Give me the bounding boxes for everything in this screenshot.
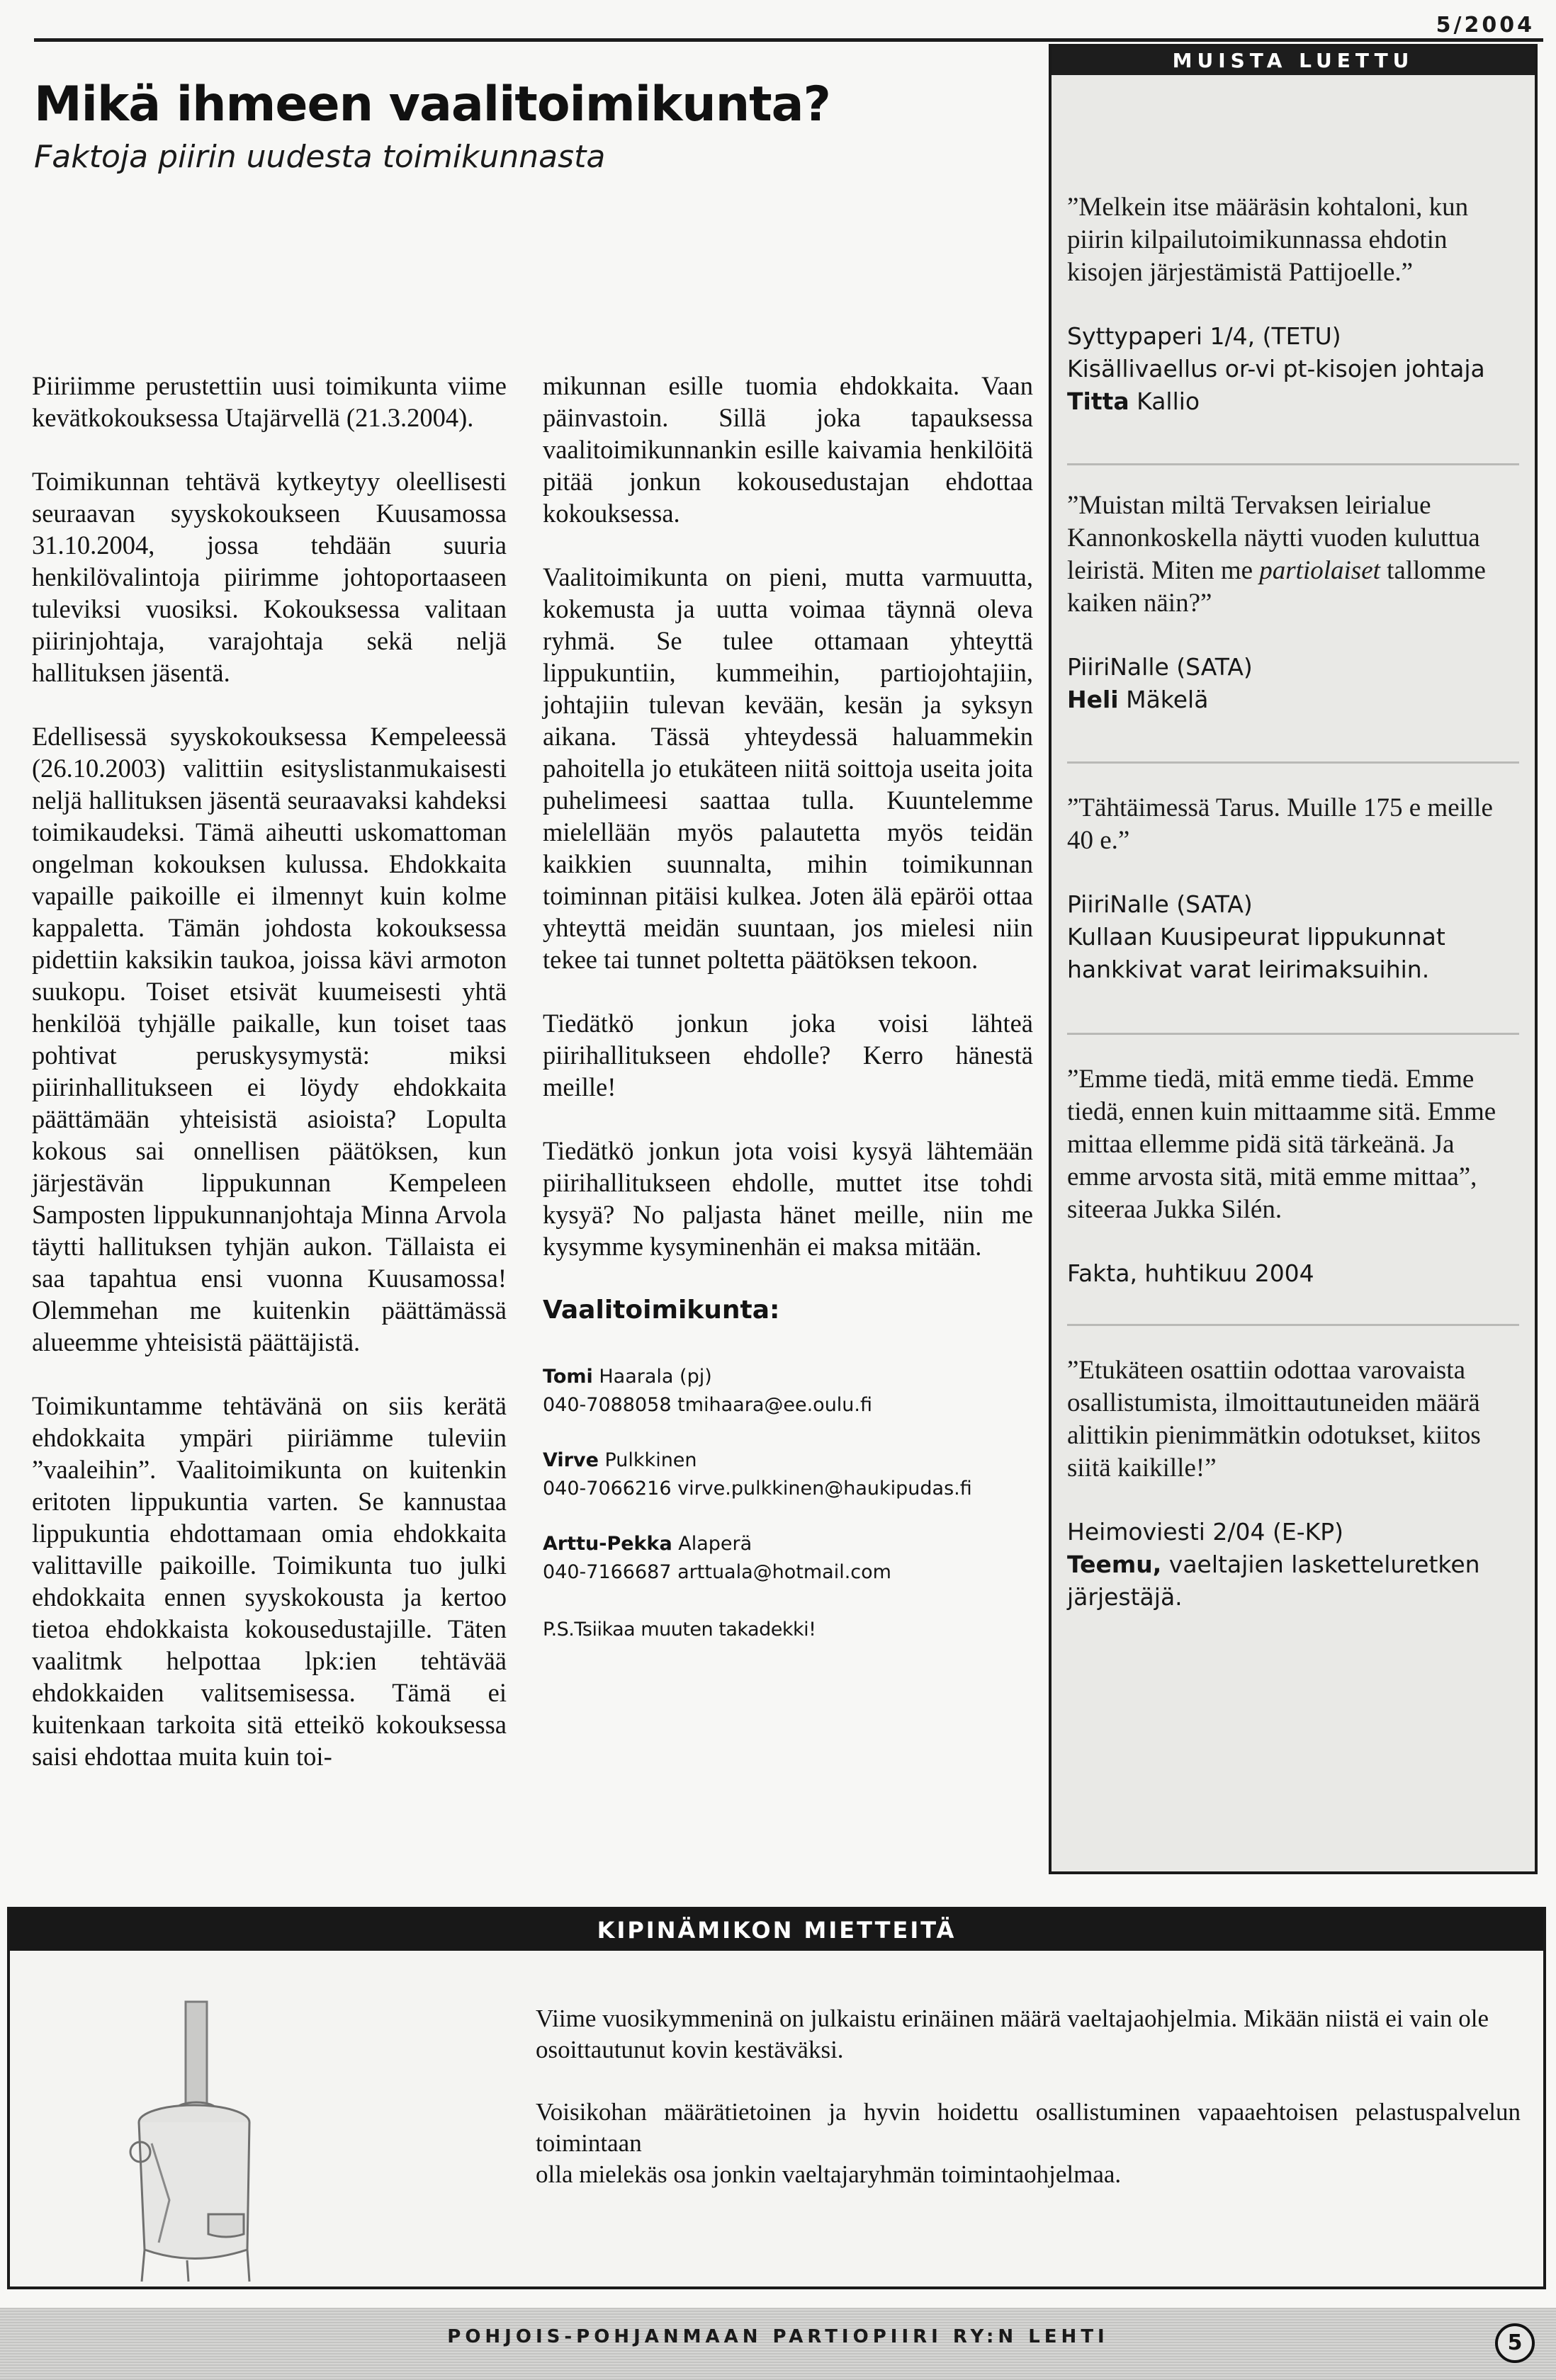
committee-heading: Vaalitoimikunta: — [543, 1294, 1033, 1326]
text-line: Voisikohan määrätietoinen ja hyvin hoide… — [536, 2097, 1521, 2159]
quote-source: PiiriNalle (SATA) Kullaan Kuusipeurat li… — [1067, 888, 1518, 986]
committee-member: Virve Pulkkinen 040-7066216 virve.pulkki… — [543, 1446, 1033, 1503]
page-number: 5 — [1495, 2323, 1535, 2363]
committee-member: Tomi Haarala (pj) 040-7088058 tmihaara@e… — [543, 1363, 1033, 1419]
quote-text: ”Melkein itse määräsin kohtaloni, kun pi… — [1067, 191, 1518, 289]
quote-block: ”Muistan miltä Tervaksen leirialue Kanno… — [1052, 465, 1535, 761]
paragraph: Tiedätkö jonkun joka voisi lähteä piirih… — [543, 1007, 1033, 1103]
quote-block: ”Etukäteen osattiin odottaa varovaista o… — [1052, 1326, 1535, 1614]
paragraph: Viime vuosikymmeninä on julkaistu erinäi… — [536, 2003, 1528, 2065]
paragraph: Tiedätkö jonkun jota voisi kysyä lähtemä… — [543, 1135, 1033, 1262]
issue-number: 5/2004 — [1436, 13, 1535, 38]
source-publication: PiiriNalle (SATA) — [1067, 888, 1518, 921]
source-name-bold: Titta — [1067, 387, 1129, 415]
quote-source: Syttypaperi 1/4, (TETU) Kisällivaellus o… — [1067, 320, 1518, 418]
quote-text: ”Tähtäimessä Tarus. Muille 175 e meille … — [1067, 792, 1518, 857]
kipinamikko-text: Viime vuosikymmeninä on julkaistu erinäi… — [536, 2003, 1528, 2221]
source-name-bold: Heli — [1067, 686, 1119, 713]
quote-text: ”Muistan miltä Tervaksen leirialue Kanno… — [1067, 489, 1518, 620]
member-email[interactable]: arttuala@hotmail.com — [677, 1561, 891, 1583]
source-name-bold: Teemu, — [1067, 1551, 1161, 1578]
publication-name: POHJOIS-POHJANMAAN PARTIOPIIRI RY:N LEHT… — [0, 2326, 1556, 2347]
text-line: olla mielekäs osa jonkin vaeltajaryhmän … — [536, 2160, 1121, 2188]
member-first-name: Virve — [543, 1449, 599, 1471]
text-line: Viime vuosikymmeninä on julkaistu erinäi… — [536, 2005, 1489, 2032]
quote-block: ”Tähtäimessä Tarus. Muille 175 e meille … — [1052, 764, 1535, 1033]
member-email[interactable]: tmihaara@ee.oulu.fi — [677, 1394, 872, 1416]
member-first-name: Tomi — [543, 1366, 593, 1388]
article-title: Mikä ihmeen vaalitoimikunta? — [34, 76, 830, 132]
quote-source: PiiriNalle (SATA) Heli Mäkelä — [1067, 651, 1518, 716]
member-last-name: Pulkkinen — [605, 1449, 697, 1471]
postscript: P.S.Tsiikaa muuten takadekki! — [543, 1614, 1033, 1645]
article-subtitle: Faktoja piirin uudesta toimikunnasta — [34, 139, 605, 175]
paragraph: Voisikohan määrätietoinen ja hyvin hoide… — [536, 2097, 1528, 2190]
paragraph: Toimikuntamme tehtävänä on siis kerätä e… — [32, 1390, 507, 1772]
quote-block: ”Melkein itse määräsin kohtaloni, kun pi… — [1052, 75, 1535, 463]
paragraph: Vaalitoimikunta on pieni, mutta varmuutt… — [543, 561, 1033, 975]
quote-text: ”Etukäteen osattiin odottaa varovaista o… — [1067, 1354, 1518, 1485]
member-email[interactable]: virve.pulkkinen@haukipudas.fi — [677, 1478, 972, 1500]
member-last-name: Alaperä — [678, 1533, 752, 1555]
member-phone: 040-7166687 — [543, 1561, 672, 1583]
member-last-name: Haarala (pj) — [599, 1366, 711, 1388]
sidebar-heading: MUISTA LUETTU — [1052, 47, 1535, 75]
member-first-name: Arttu-Pekka — [543, 1533, 672, 1555]
quote-text: ”Emme tiedä, mitä emme tiedä. Emme tiedä… — [1067, 1063, 1518, 1226]
source-publication: PiiriNalle (SATA) — [1067, 651, 1518, 684]
paragraph: Edellisessä syyskokouksessa Kempeleessä … — [32, 720, 507, 1358]
paragraph: mikunnan esille tuomia ehdokkaita. Vaan … — [543, 370, 1033, 529]
article-left-column: Piiriimme perustettiin uusi toimikunta v… — [32, 370, 507, 1804]
kipinamikko-heading: KIPINÄMIKON MIETTEITÄ — [10, 1910, 1543, 1951]
member-phone: 040-7066216 — [543, 1478, 672, 1500]
kipinamikko-box: KIPINÄMIKON MIETTEITÄ Viime vuosikymmeni… — [7, 1907, 1546, 2289]
quote-text-italic: partiolaiset — [1259, 556, 1380, 585]
muista-luettu-sidebar: MUISTA LUETTU ”Melkein itse määräsin koh… — [1049, 44, 1538, 1874]
quote-source: Heimoviesti 2/04 (E-KP) Teemu, vaeltajie… — [1067, 1516, 1518, 1614]
stove-sketch-icon — [102, 1988, 286, 2285]
paragraph: Toimikunnan tehtävä kytkeytyy oleellises… — [32, 465, 507, 688]
top-rule — [34, 38, 1543, 42]
source-publication: Syttypaperi 1/4, (TETU) — [1067, 320, 1518, 353]
source-name: Mäkelä — [1119, 686, 1209, 713]
text-line: osoittautunut kovin kestäväksi. — [536, 2036, 844, 2063]
committee-member: Arttu-Pekka Alaperä 040-7166687 arttuala… — [543, 1530, 1033, 1587]
quote-source: Fakta, huhtikuu 2004 — [1067, 1257, 1518, 1290]
source-name: Kallio — [1129, 387, 1200, 415]
source-role: Kisällivaellus or-vi pt-kisojen johtaja — [1067, 353, 1518, 385]
paragraph: Piiriimme perustettiin uusi toimikunta v… — [32, 370, 507, 433]
page-footer: POHJOIS-POHJANMAAN PARTIOPIIRI RY:N LEHT… — [0, 2308, 1556, 2380]
source-role: Kullaan Kuusipeurat lippukunnat hankkiva… — [1067, 921, 1518, 986]
member-phone: 040-7088058 — [543, 1394, 672, 1416]
quote-block: ”Emme tiedä, mitä emme tiedä. Emme tiedä… — [1052, 1035, 1535, 1324]
source-publication: Heimoviesti 2/04 (E-KP) — [1067, 1516, 1518, 1548]
article-middle-column: mikunnan esille tuomia ehdokkaita. Vaan … — [543, 370, 1033, 1645]
